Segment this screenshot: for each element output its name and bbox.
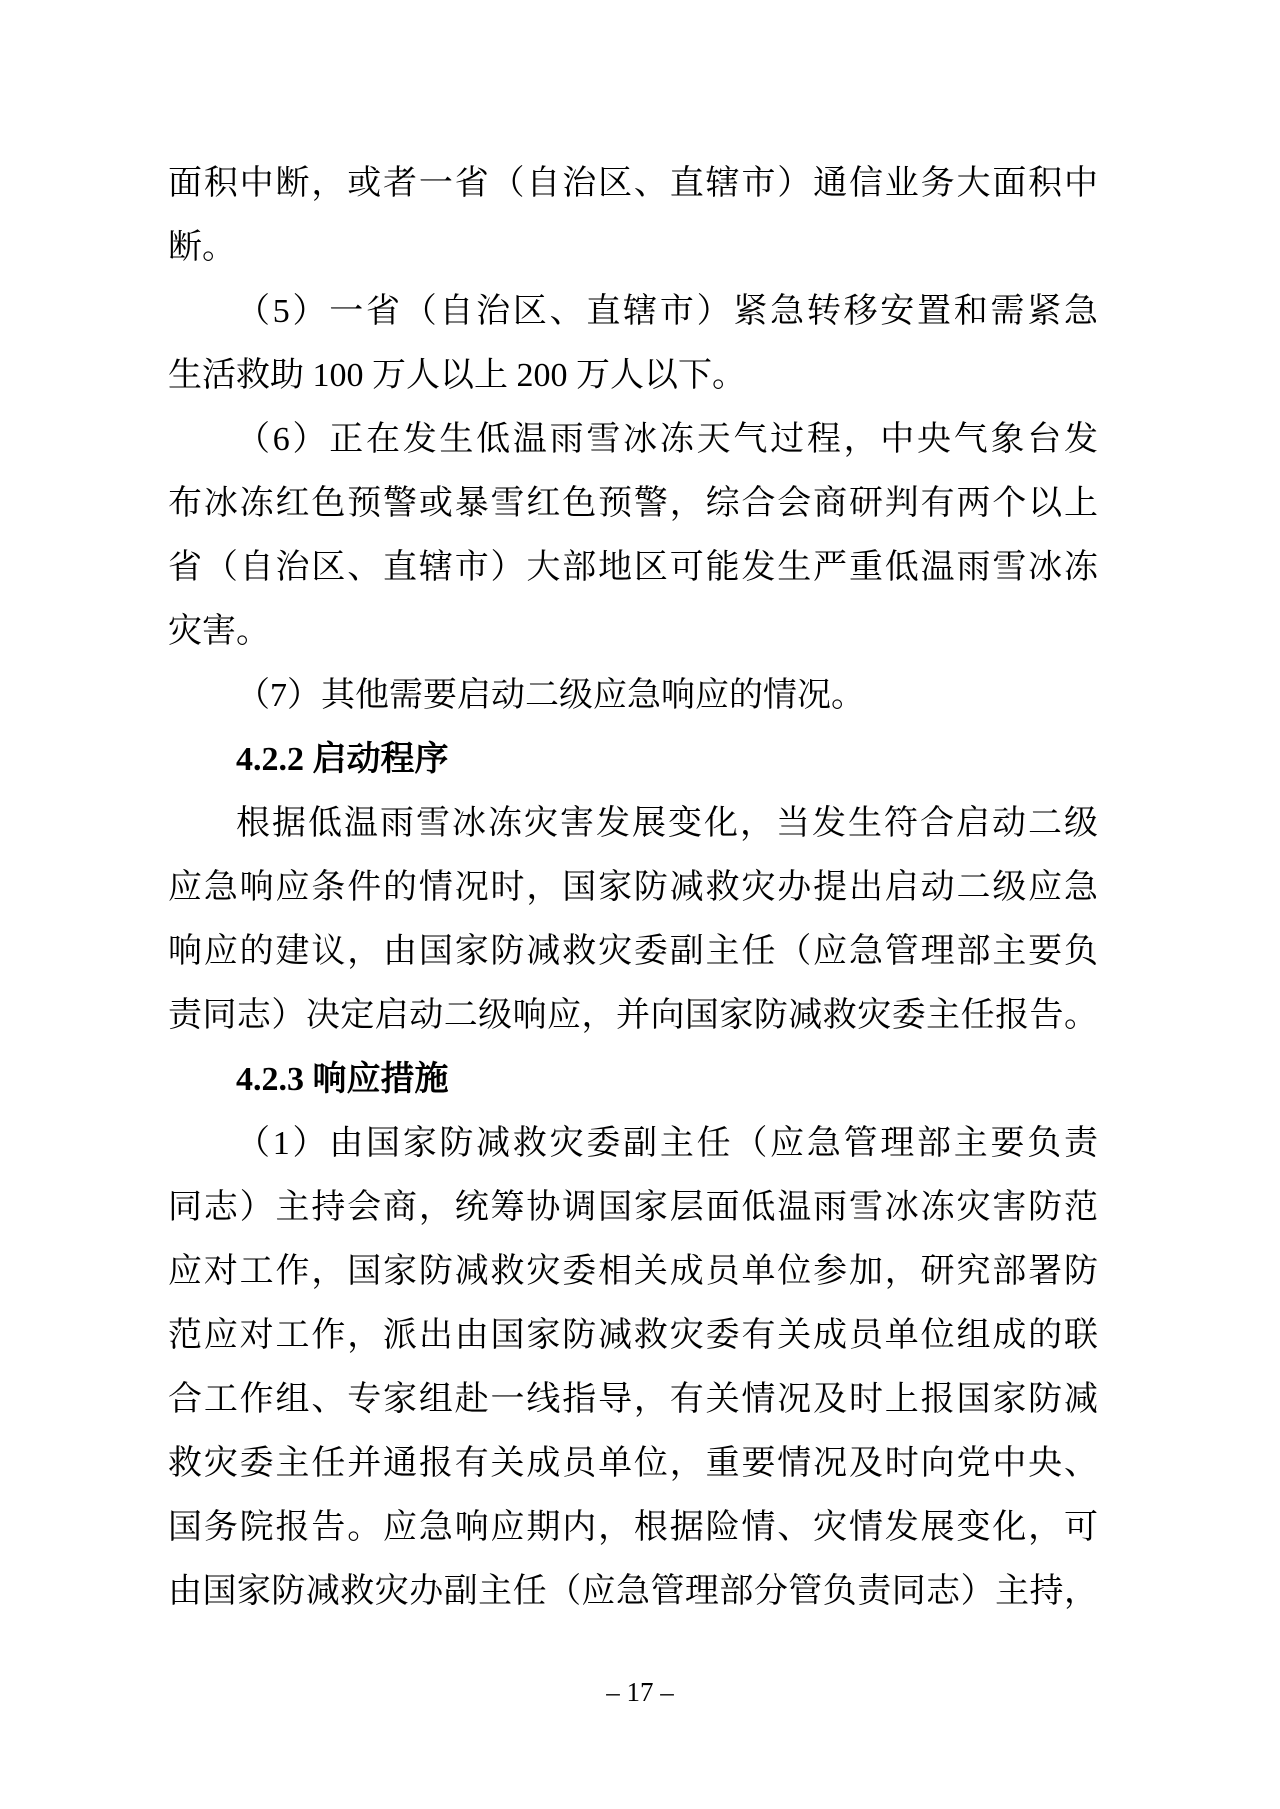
- text-line: （5）一省（自治区、直辖市）紧急转移安置和需紧急: [168, 280, 1098, 344]
- text-line: 面积中断，或者一省（自治区、直辖市）通信业务大面积中: [168, 152, 1098, 216]
- page-body-text: 面积中断，或者一省（自治区、直辖市）通信业务大面积中 断。 （5）一省（自治区、…: [168, 152, 1098, 1624]
- text-line: 责同志）决定启动二级响应，并向国家防减救灾委主任报告。: [168, 984, 1098, 1048]
- text-line: 布冰冻红色预警或暴雪红色预警，综合会商研判有两个以上: [168, 472, 1098, 536]
- text-line: 应急响应条件的情况时，国家防减救灾办提出启动二级应急: [168, 856, 1098, 920]
- text-line: 响应的建议，由国家防减救灾委副主任（应急管理部主要负: [168, 920, 1098, 984]
- text-line: 断。: [168, 216, 1098, 280]
- text-line: （6）正在发生低温雨雪冰冻天气过程，中央气象台发: [168, 408, 1098, 472]
- text-line: 救灾委主任并通报有关成员单位，重要情况及时向党中央、: [168, 1432, 1098, 1496]
- text-line: （7）其他需要启动二级应急响应的情况。: [168, 664, 1098, 728]
- text-line: （1）由国家防减救灾委副主任（应急管理部主要负责: [168, 1112, 1098, 1176]
- text-line: 合工作组、专家组赴一线指导，有关情况及时上报国家防减: [168, 1368, 1098, 1432]
- document-page: 面积中断，或者一省（自治区、直辖市）通信业务大面积中 断。 （5）一省（自治区、…: [0, 0, 1280, 1809]
- text-line: 应对工作，国家防减救灾委相关成员单位参加，研究部署防: [168, 1240, 1098, 1304]
- section-heading: 4.2.2 启动程序: [168, 728, 1098, 792]
- page-number: – 17 –: [0, 1672, 1280, 1712]
- text-line: 范应对工作，派出由国家防减救灾委有关成员单位组成的联: [168, 1304, 1098, 1368]
- text-line: 国务院报告。应急响应期内，根据险情、灾情发展变化，可: [168, 1496, 1098, 1560]
- text-line: 由国家防减救灾办副主任（应急管理部分管负责同志）主持，: [168, 1560, 1098, 1624]
- section-heading: 4.2.3 响应措施: [168, 1048, 1098, 1112]
- text-line: 生活救助 100 万人以上 200 万人以下。: [168, 344, 1098, 408]
- text-line: 同志）主持会商，统筹协调国家层面低温雨雪冰冻灾害防范: [168, 1176, 1098, 1240]
- text-line: 省（自治区、直辖市）大部地区可能发生严重低温雨雪冰冻: [168, 536, 1098, 600]
- text-line: 灾害。: [168, 600, 1098, 664]
- text-line: 根据低温雨雪冰冻灾害发展变化，当发生符合启动二级: [168, 792, 1098, 856]
